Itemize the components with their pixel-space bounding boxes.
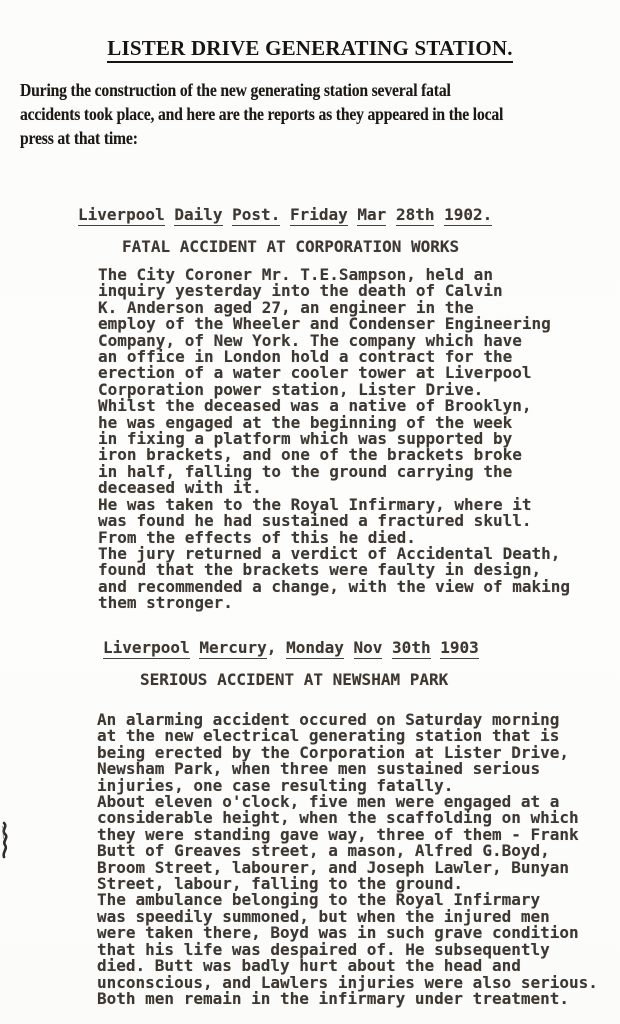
document-page: LISTER DRIVE GENERATING STATION. During … — [0, 0, 620, 1024]
report-2-source-heading: Liverpool Mercury, Monday Nov 30th 1903 — [103, 639, 479, 656]
page-title-text: LISTER DRIVE GENERATING STATION. — [107, 36, 513, 63]
report-1-body: The City Coroner Mr. T.E.Sampson, held a… — [98, 267, 570, 612]
intro-paragraph: During the construction of the new gener… — [20, 78, 503, 150]
page-title: LISTER DRIVE GENERATING STATION. — [0, 36, 620, 61]
report-1-source-heading: Liverpool Daily Post. Friday Mar 28th 19… — [78, 206, 492, 223]
report-2-body: An alarming accident occured on Saturday… — [97, 712, 598, 1007]
scan-artifact-mark — [0, 821, 12, 861]
report-2-headline: SERIOUS ACCIDENT AT NEWSHAM PARK — [140, 671, 448, 688]
report-1-headline: FATAL ACCIDENT AT CORPORATION WORKS — [122, 238, 459, 255]
